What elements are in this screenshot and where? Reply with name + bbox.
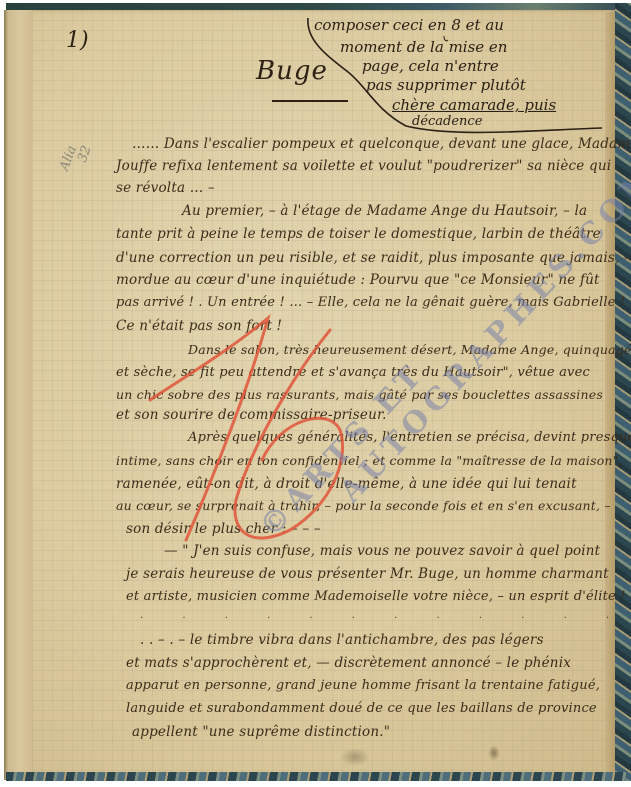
annotation-line-2: moment de la mise en <box>340 38 507 56</box>
annotation-line-6: décadence <box>412 114 482 129</box>
text-line: Dans le salon, très heureusement désert,… <box>188 342 631 357</box>
text-line: Jouffe refixa lentement sa voilette et v… <box>116 158 611 174</box>
text-line: Au premier, – à l'étage de Madame Ange d… <box>182 203 587 219</box>
text-line: intime, sans choir en ton confidentiel ;… <box>116 453 623 468</box>
text-line-dots: . . . . . . . . . . . . . . . . . . . . <box>140 610 631 621</box>
manuscript-scan: 1) Alia 32 Buge composer ceci en 8 et au… <box>0 0 631 787</box>
text-line: et artiste, musicien comme Mademoiselle … <box>126 589 631 604</box>
text-line: au cœur, se surprenait à trahir, – pour … <box>116 498 611 513</box>
text-line: ramenée, eût-on dit, à droit d'elle-même… <box>116 476 577 492</box>
text-line: pas arrivé ! . Un entrée ! … – Elle, cel… <box>116 295 625 310</box>
text-line: . . – . – le timbre vibra dans l'anticha… <box>140 632 544 648</box>
text-line: …… Dans l'escalier pompeux et quelconque… <box>132 136 631 152</box>
text-line: et son sourire de commissaire-priseur. <box>116 407 387 423</box>
annotation-line-5: chère camarade, puis <box>392 96 556 114</box>
annotation-line-4: pas supprimer plutôt <box>366 76 526 94</box>
page-number: 1) <box>66 28 89 53</box>
text-line: apparut en personne, grand jeune homme f… <box>126 678 600 693</box>
text-line: appellent "une suprême distinction." <box>132 724 390 740</box>
text-line: son désir le plus cher : – – – <box>126 521 321 537</box>
text-line: tante prit à peine le temps de toiser le… <box>116 226 601 242</box>
ink-stain <box>340 748 370 766</box>
marbled-cover-right <box>615 3 631 781</box>
ink-stain <box>488 745 500 761</box>
text-line: languide et surabondamment doué de ce qu… <box>126 701 597 716</box>
text-line: et mats s'approchèrent et, — discrètemen… <box>126 655 571 671</box>
marbled-cover-bottom <box>6 772 626 781</box>
text-line: mordue au cœur d'une inquiétude : Pourvu… <box>116 272 600 288</box>
text-line: Après quelques généralités, l'entretien … <box>188 430 631 445</box>
annotation-line-1: composer ceci en 8 et au <box>314 16 504 34</box>
text-line: Ce n'était pas son fort ! <box>116 318 282 334</box>
text-line: — " J'en suis confuse, mais vous ne pouv… <box>164 543 600 559</box>
notebook-spine <box>4 10 33 780</box>
text-line: et sèche, se fit peu attendre et s'avanç… <box>116 365 590 380</box>
annotation-line-3: page, cela n'entre <box>362 57 499 75</box>
text-line: je serais heureuse de vous présenter Mr.… <box>126 566 609 582</box>
text-line: d'une correction un peu risible, et se r… <box>116 250 631 266</box>
text-line: se révolta … – <box>116 180 215 196</box>
text-line: un chic sobre des plus rassurants, mais … <box>116 387 603 402</box>
